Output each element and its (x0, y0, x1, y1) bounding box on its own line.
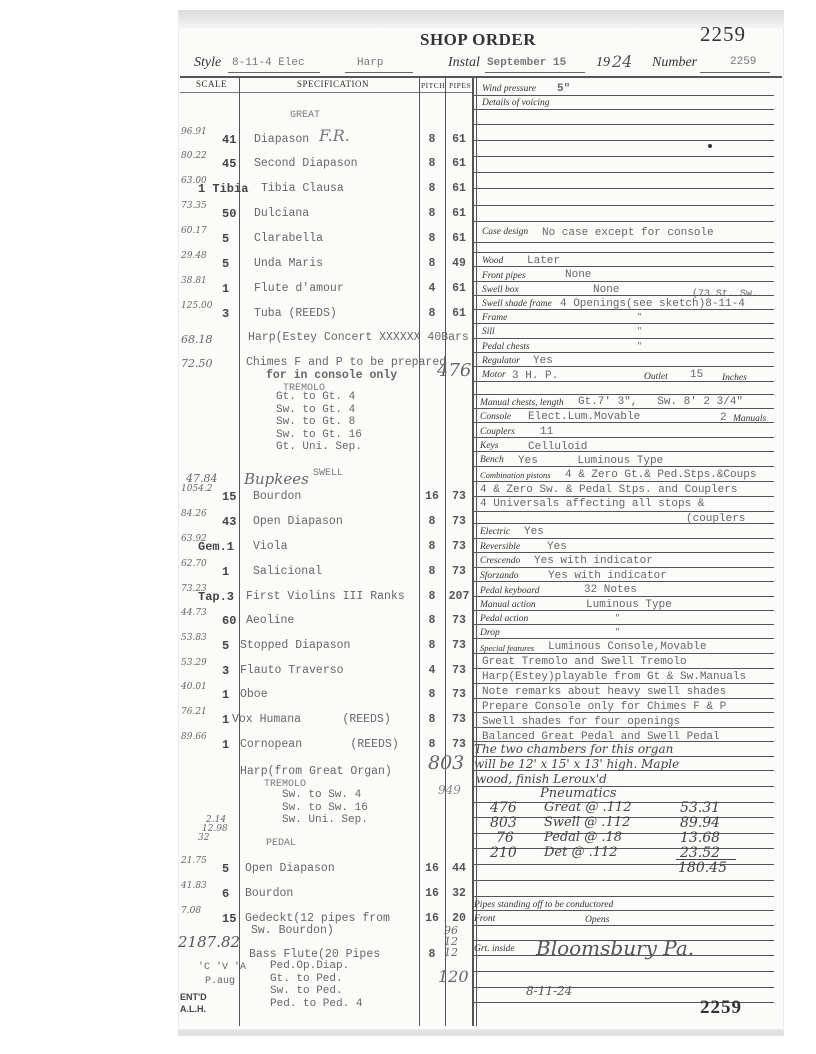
scale-value: 5 (222, 862, 229, 876)
pneumatic-qty: 476 (490, 800, 517, 816)
manual-chests-value: Gt.7' 3", Sw. 8' 2 3/4" (578, 396, 743, 408)
number-value: 2259 (730, 56, 756, 68)
pneumatic-item: Great @ .112 (544, 800, 631, 815)
stop-pipes: 61 (446, 307, 472, 320)
stop-pitch: 8 (421, 738, 443, 751)
keys-value: Celluloid (528, 441, 587, 453)
pneumatic-item: Pedal @ .18 (544, 830, 622, 845)
crescendo-value: Yes with indicator (534, 555, 653, 567)
scale-grand-total: 2187.82 (178, 933, 240, 951)
stop-pipes: 73 (446, 688, 472, 701)
swell-shade-value: 4 Openings(see sketch)8-11-4 (560, 298, 745, 310)
stop-pitch: 8 (421, 133, 443, 146)
motor-value: 3 H. P. (512, 370, 558, 382)
entered-by: A.L.H. (180, 1004, 206, 1014)
pneumatic-amount: 89.94 (680, 815, 720, 831)
stop-name: Bourdon (253, 490, 301, 503)
stop-name: Unda Maris (254, 257, 323, 270)
special-feature-line: Note remarks about heavy swell shades (482, 686, 726, 698)
stop-pitch: 8 (421, 157, 443, 170)
initials-note: 'C 'V 'A (198, 962, 246, 973)
stop-name: Second Diapason (254, 157, 358, 170)
scale-value: 3 (222, 664, 229, 678)
stop-pipes: 44 (446, 862, 472, 875)
bench-value: Yes Luminous Type (518, 455, 663, 467)
stop-pipes: 73 (446, 540, 472, 553)
list-line: Sw. to Sw. 16 (282, 802, 368, 815)
scale-value: 43 (222, 515, 236, 529)
stop-pitch: 16 (421, 490, 443, 503)
couplers-value: 11 (540, 426, 553, 438)
swell-hand-note: Bupkees (244, 470, 309, 488)
stop-pitch: 8 (421, 590, 443, 603)
pedal-keyboard-value: 32 Notes (584, 584, 637, 596)
stop-pitch: 8 (421, 515, 443, 528)
scale-value: Gem.1 (198, 540, 234, 554)
handwritten-line: will be 12' x 15' x 13' high. Maple (474, 757, 679, 771)
stop-name: Oboe (240, 688, 268, 701)
instal-label: Instal (448, 55, 480, 71)
stop-pipes: 49 (446, 257, 472, 270)
list-line: Sw. Uni. Sep. (282, 814, 368, 827)
scale-value: 5 (222, 257, 229, 271)
stop-name: Clarabella (254, 232, 323, 245)
scale-value: 1 (222, 738, 229, 752)
stop-name: First Violins III Ranks (246, 590, 405, 603)
outlet-value: 15 (690, 369, 703, 381)
section-pedal-heading: PEDAL (266, 838, 296, 849)
stop-pitch: 8 (421, 688, 443, 701)
pneumatics-total: 180.45 (678, 860, 727, 876)
stop-pitch: 8 (421, 232, 443, 245)
order-number-bottom: 2259 (700, 997, 742, 1019)
scale-value: 45 (222, 157, 236, 171)
list-line: Gt. to Ped. (270, 973, 343, 986)
wind-pressure-label: Wind pressure (482, 84, 536, 94)
pneumatic-item: Det @ .112 (544, 845, 618, 860)
stop-name: Dulciana (254, 207, 309, 220)
list-line: Ped.Op.Diap. (270, 960, 349, 973)
stop-pitch: 16 (421, 912, 443, 925)
scan-edge (178, 10, 784, 28)
special-feature-line: Luminous Console,Movable (548, 641, 706, 653)
special-feature-line: Prepare Console only for Chimes F & P (482, 701, 726, 713)
stop-name: Tibia Clausa (261, 182, 344, 195)
location-handwritten: Bloomsbury Pa. (536, 936, 694, 960)
style-value-2: Harp (357, 57, 383, 69)
stop-name: Aeoline (246, 614, 294, 627)
order-number-top: 2259 (700, 22, 746, 47)
piston-line: 4 & Zero Gt.& Ped.Stps.&Coups (565, 469, 756, 481)
stop-pitch: 16 (421, 862, 443, 875)
pneumatic-amount: 53.31 (680, 800, 720, 816)
reversible-value: Yes (547, 541, 567, 553)
case-design-label: Case design (482, 227, 528, 237)
piston-line: 4 Universals affecting all stops & (480, 498, 704, 510)
stop-pipes: 73 (446, 639, 472, 652)
pneumatic-item: Swell @ .112 (544, 815, 630, 830)
list-line: Sw. to Gt. 8 (276, 416, 355, 429)
list-line: Sw. to Sw. 4 (282, 789, 361, 802)
stop-pitch: 8 (421, 182, 443, 195)
stop-pipes: 32 (446, 887, 472, 900)
special-feature-line: Great Tremolo and Swell Tremolo (482, 656, 687, 668)
piston-line: (couplers (686, 513, 745, 525)
stop-pitch: 8 (421, 565, 443, 578)
list-line: Gt. to Gt. 4 (276, 391, 355, 404)
stop-name: Diapason (254, 133, 309, 146)
scale-value: 41 (222, 133, 236, 147)
handwritten-line: The two chambers for this organ (474, 742, 673, 756)
stop-pipes: 73 (446, 713, 472, 726)
section-great-heading: GREAT (290, 110, 320, 121)
voicing-label: Details of voicing (482, 98, 550, 108)
style-value: 8-11-4 Elec (232, 57, 305, 69)
scale-value: 6 (222, 887, 229, 901)
document-title: SHOP ORDER (420, 30, 536, 50)
stop-pipes: 73 (446, 515, 472, 528)
list-line: Sw. to Gt. 4 (276, 404, 355, 417)
great-hand-total: 476 (437, 360, 471, 381)
scale-value: 3 (222, 307, 229, 321)
great-chimes-line-1: Chimes F and P to be prepared (246, 356, 446, 369)
stop-name: Salicional (253, 565, 322, 578)
stop-name: Vox Humana (REEDS) (232, 713, 391, 726)
date-handwritten: 8-11-24 (526, 984, 572, 998)
column-header-pitch: PITCH (421, 81, 445, 90)
stop-name: Flauto Traverso (240, 664, 344, 677)
manual-action-value: Luminous Type (586, 599, 672, 611)
scale-value: 1 Tibia (198, 182, 248, 196)
stop-name: Viola (253, 540, 288, 553)
stop-pipes: 73 (446, 614, 472, 627)
swell-box-value: None (593, 284, 619, 296)
handwritten-line: wood, finish Leroux'd (476, 772, 607, 786)
scale-value: 1 (222, 282, 229, 296)
scale-value: 15 (222, 490, 236, 504)
special-feature-line: Swell shades for four openings (482, 716, 680, 728)
scale-value: 1 (222, 565, 229, 579)
number-label: Number (652, 55, 697, 71)
stop-pipes: 61 (446, 207, 472, 220)
stop-name: Flute d'amour (254, 282, 344, 295)
column-header-pipes: PIPES (449, 81, 471, 90)
hand-pipe-count: 12 (444, 946, 458, 959)
scale-value: 15 (222, 912, 236, 926)
stop-name: Open Diapason (245, 862, 335, 875)
scale-value: 60 (222, 614, 236, 628)
scale-value: 5 (222, 639, 229, 653)
pneumatics-heading: Pneumatics (540, 786, 617, 801)
stop-pipes: 61 (446, 232, 472, 245)
stop-name-continued: Sw. Bourdon) (251, 924, 334, 937)
electric-value: Yes (524, 526, 544, 538)
scale-value: 1 (222, 713, 229, 727)
list-line: Sw. to Ped. (270, 985, 343, 998)
stop-pitch: 4 (421, 282, 443, 295)
piston-line: 4 & Zero Sw. & Pedal Stps. and Couplers (480, 484, 737, 496)
stop-pipes: 61 (446, 133, 472, 146)
stop-pitch: 8 (421, 207, 443, 220)
regulator-value: Yes (533, 355, 553, 367)
special-feature-line: Harp(Estey)playable from Gt & Sw.Manuals (482, 671, 746, 683)
column-header-scale: SCALE (196, 79, 227, 89)
stop-pipes: 61 (446, 282, 472, 295)
stop-pipes: 73 (446, 490, 472, 503)
great-chimes-line-2: for in console only (266, 369, 397, 382)
stop-pitch: 8 (421, 713, 443, 726)
column-header-specification: SPECIFICATION (297, 79, 369, 89)
stop-name: Cornopean (REEDS) (240, 738, 399, 751)
stop-pitch: 8 (421, 307, 443, 320)
pneumatic-qty: 803 (490, 815, 517, 831)
swell-hand-total-1: 803 (428, 752, 464, 774)
pneumatic-amount: 13.68 (680, 830, 720, 846)
list-line: Sw. to Gt. 16 (276, 429, 362, 442)
pneumatic-qty: 210 (490, 845, 517, 861)
stop-name: Open Diapason (253, 515, 343, 528)
stop-name: Tuba (REEDS) (254, 307, 337, 320)
swell-harp: Harp(from Great Organ) (240, 765, 392, 778)
console-value: Elect.Lum.Movable (528, 411, 640, 423)
section-swell-heading: SWELL (313, 468, 343, 479)
stop-pitch: 8 (421, 614, 443, 627)
year-value: 24 (612, 52, 632, 71)
stop-pipes: 73 (446, 664, 472, 677)
stop-name: Stopped Diapason (240, 639, 350, 652)
stop-pipes: 61 (446, 182, 472, 195)
scale-value: 50 (222, 207, 236, 221)
stop-pitch: 8 (421, 639, 443, 652)
case-design-value: No case except for console (542, 227, 714, 239)
stop-pitch: 8 (421, 540, 443, 553)
list-line: Gt. Uni. Sep. (276, 441, 362, 454)
sforzando-value: Yes with indicator (548, 570, 667, 582)
front-pipes-value: None (565, 269, 591, 281)
wood-value: Later (527, 255, 560, 267)
wind-pressure-value: 5" (557, 83, 570, 95)
hand-pipe-count: 120 (438, 967, 469, 986)
great-harp: Harp(Estey Concert XXXXXX 40Bars (248, 331, 469, 344)
stop-pipes: 207 (446, 590, 472, 603)
list-line: Ped. to Ped. 4 (270, 998, 362, 1011)
stop-pitch: 4 (421, 664, 443, 677)
swell-hand-total-2: 949 (438, 783, 461, 797)
stop-pitch: 8 (421, 257, 443, 270)
style-label: Style (194, 55, 221, 71)
paug-note: P.aug (205, 976, 235, 987)
stop-pipes: 61 (446, 157, 472, 170)
scale-value: Tap.3 (198, 590, 234, 604)
stop-pipes: 73 (446, 738, 472, 751)
instal-value: September 15 (487, 57, 566, 69)
stop-pitch: 16 (421, 887, 443, 900)
pneumatic-qty: 76 (496, 830, 514, 846)
scale-value: 5 (222, 232, 229, 246)
year-prefix: 19 (596, 55, 610, 71)
stop-pitch: 8 (421, 948, 443, 961)
entered-label: ENT'D (180, 992, 207, 1002)
scale-value: 1 (222, 688, 229, 702)
stop-name: Bourdon (245, 887, 293, 900)
stop-pipes: 73 (446, 565, 472, 578)
